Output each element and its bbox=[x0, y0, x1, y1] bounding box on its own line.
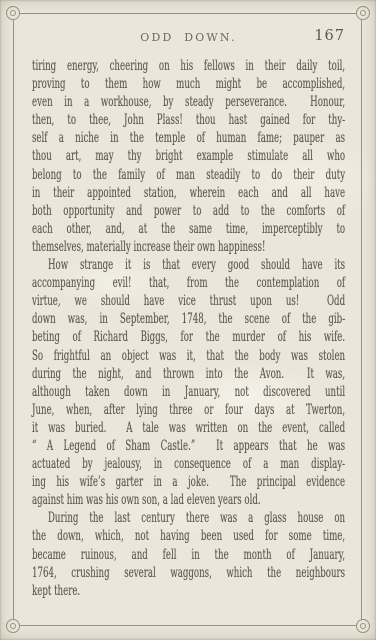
text-line: themselves, materially increase their ow… bbox=[32, 238, 345, 256]
book-page: ODD DOWN. 167 tiring energy, cheering on… bbox=[0, 0, 376, 640]
text-line: actuated by jealousy, in consequence of … bbox=[32, 455, 345, 473]
paragraph: During the last century there was a glas… bbox=[32, 509, 345, 599]
text-line: then, to thee, John Plass! thou hast gai… bbox=[32, 111, 345, 129]
text-line: So frightful an object was it, that the … bbox=[32, 347, 345, 365]
running-header-title: ODD DOWN. bbox=[32, 31, 345, 44]
corner-ring-icon bbox=[6, 6, 20, 20]
text-line: How strange it is that every good should… bbox=[32, 256, 345, 274]
text-line: against him was his own son, a lad eleve… bbox=[32, 491, 345, 509]
text-line: tiring energy, cheering on his fellows i… bbox=[32, 57, 345, 75]
text-line: proving to them how much might be accomp… bbox=[32, 75, 345, 93]
paragraph: How strange it is that every good should… bbox=[32, 256, 345, 509]
text-line: down was, in September, 1748, the scene … bbox=[32, 310, 345, 328]
text-line: although taken down in January, not disc… bbox=[32, 383, 345, 401]
text-line: accompanying evil! that, from the contem… bbox=[32, 274, 345, 292]
text-line: it was buried. A tale was written on the… bbox=[32, 419, 345, 437]
text-line: each other, and, at the same time, imper… bbox=[32, 220, 345, 238]
text-line: in their appointed station, wherein each… bbox=[32, 184, 345, 202]
text-line: ing his wife’s garter in a joke. The pri… bbox=[32, 473, 345, 491]
text-line: kept there. bbox=[32, 582, 345, 600]
corner-ring-icon bbox=[6, 619, 20, 633]
text-line: belong to the family of man steadily to … bbox=[32, 166, 345, 184]
paragraph: tiring energy, cheering on his fellows i… bbox=[32, 57, 345, 256]
text-line: even in a workhouse, by steady persevera… bbox=[32, 93, 345, 111]
corner-ring-icon bbox=[356, 619, 370, 633]
text-line: beting of Richard Biggs, for the murder … bbox=[32, 328, 345, 346]
text-line: both opportunity and power to add to the… bbox=[32, 202, 345, 220]
text-line: June, when, after lying three or four da… bbox=[32, 401, 345, 419]
text-line: virtue, we should have vice thrust upon … bbox=[32, 292, 345, 310]
text-line: became ruinous, and fell in the month of… bbox=[32, 546, 345, 564]
text-line: self a niche in the temple of human fame… bbox=[32, 129, 345, 147]
text-line: during the night, and thrown into the Av… bbox=[32, 365, 345, 383]
running-header: ODD DOWN. 167 bbox=[32, 31, 345, 44]
text-line: thou art, may thy bright example stimula… bbox=[32, 147, 345, 165]
corner-ring-icon bbox=[356, 6, 370, 20]
text-line: 1764, crushing several waggons, which th… bbox=[32, 564, 345, 582]
text-line: the down, which, not having been used fo… bbox=[32, 527, 345, 545]
text-line: During the last century there was a glas… bbox=[32, 509, 345, 527]
page-text: tiring energy, cheering on his fellows i… bbox=[32, 57, 345, 600]
page-number: 167 bbox=[314, 28, 345, 44]
text-line: “ A Legend of Sham Castle.” It appears t… bbox=[32, 437, 345, 455]
